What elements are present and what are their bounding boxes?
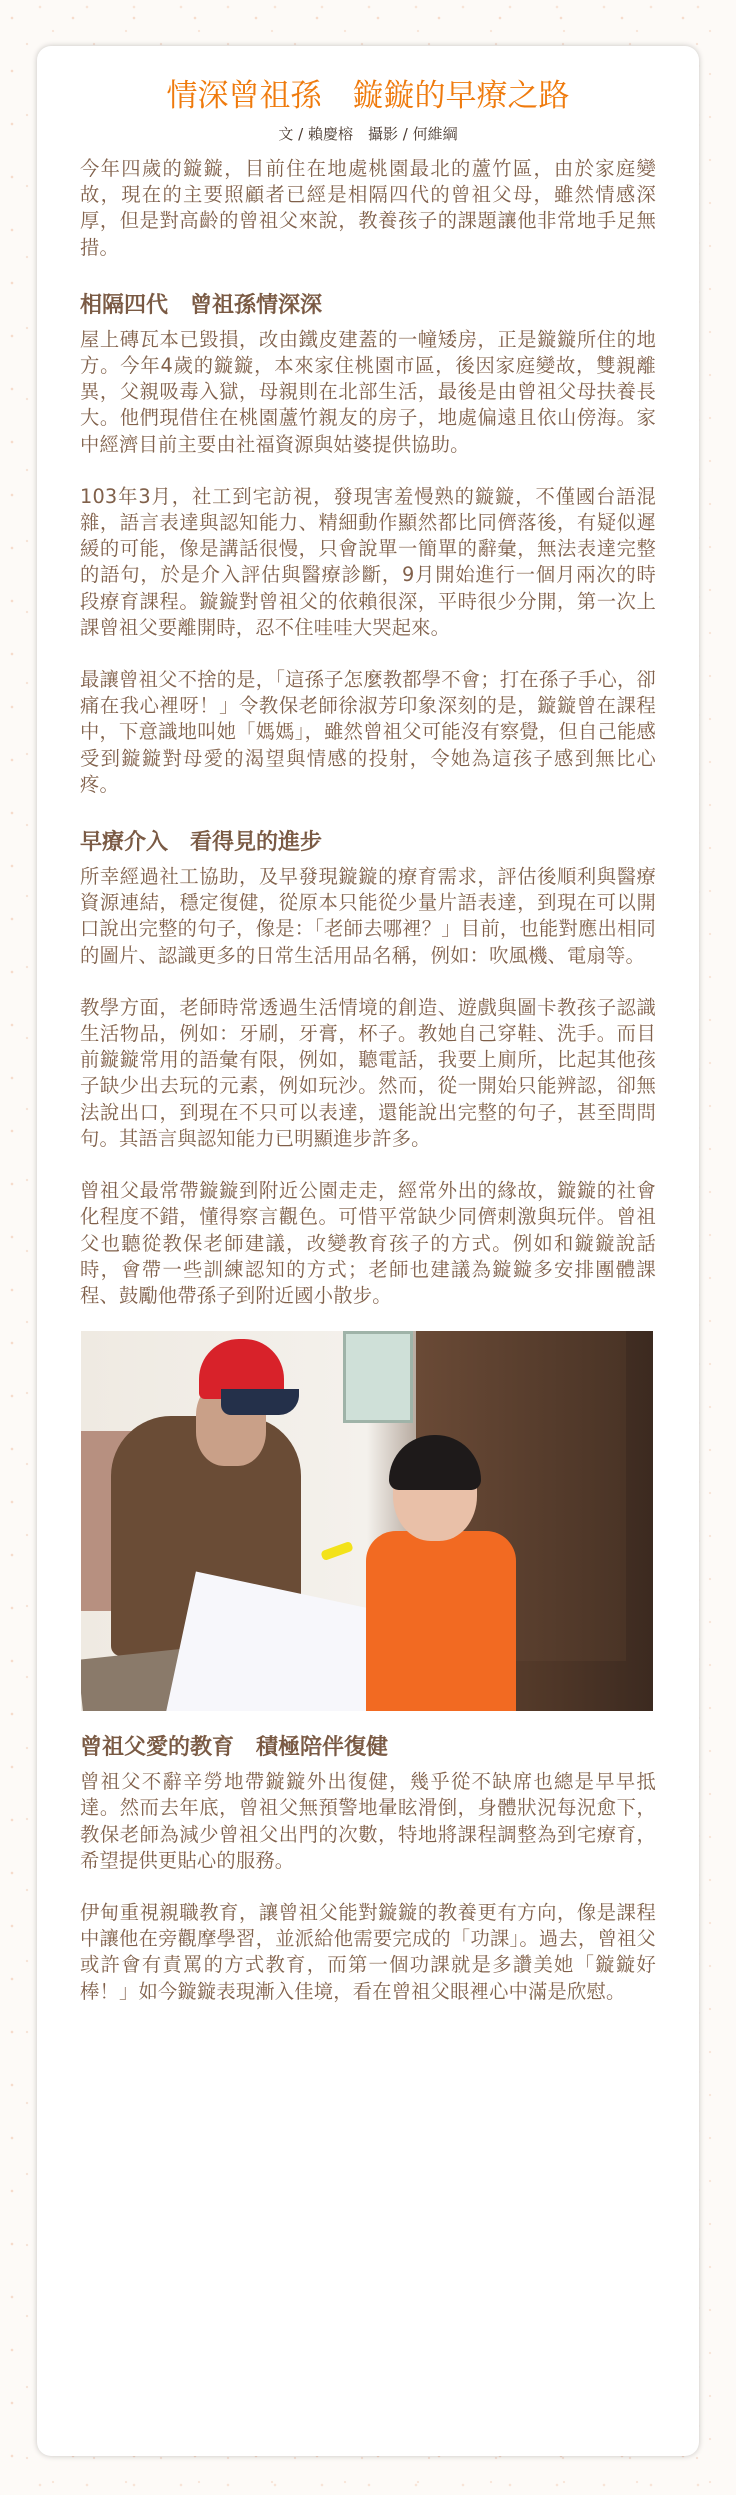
photo-window — [343, 1331, 413, 1423]
paragraph: 屋上磚瓦本已毀損，改由鐵皮建蓋的一幢矮房，正是鏇鏇所住的地方。今年4歲的鏇鏇，本… — [80, 327, 656, 458]
section-heading-1: 相隔四代 曾祖孫情深深 — [80, 287, 656, 327]
byline: 文 / 賴慶榕 攝影 / 何維綱 — [80, 124, 656, 144]
paragraph: 所幸經過社工協助，及早發現鏇鏇的療育需求，評估後順利與醫療資源連結，穩定復健，從… — [80, 864, 656, 969]
spacer — [80, 261, 656, 287]
spacer — [80, 1152, 656, 1178]
section-heading-3: 曾祖父愛的教育 積極陪伴復健 — [80, 1729, 656, 1769]
spacer — [80, 458, 656, 484]
article-card: 情深曾祖孫 鏇鏇的早療之路 文 / 賴慶榕 攝影 / 何維綱 今年四歲的鏇鏇，目… — [37, 46, 699, 2456]
intro-paragraph: 今年四歲的鏇鏇，目前住在地處桃園最北的蘆竹區，由於家庭變故，現在的主要照顧者已經… — [80, 156, 656, 261]
photo-cap-visor — [221, 1389, 299, 1415]
photo-crayon — [320, 1541, 353, 1561]
spacer — [80, 798, 656, 824]
spacer — [80, 641, 656, 667]
paragraph: 教學方面，老師時常透過生活情境的創造、遊戲與圖卡教孩子認識生活物品，例如：牙刷，… — [80, 995, 656, 1152]
section-heading-2: 早療介入 看得見的進步 — [80, 824, 656, 864]
photo-child-vest — [366, 1531, 516, 1711]
spacer — [80, 969, 656, 995]
article-photo — [81, 1331, 653, 1711]
paragraph: 103年3月，社工到宅訪視，發現害羞慢熟的鏇鏇，不僅國台語混雜，語言表達與認知能… — [80, 484, 656, 641]
paragraph: 伊甸重視親職教育，讓曾祖父能對鏇鏇的教養更有方向，像是課程中讓他在旁觀摩學習，並… — [80, 1900, 656, 2005]
paragraph: 曾祖父不辭辛勞地帶鏇鏇外出復健，幾乎從不缺席也總是早早抵達。然而去年底，曾祖父無… — [80, 1769, 656, 1874]
paragraph: 曾祖父最常帶鏇鏇到附近公園走走，經常外出的緣故，鏇鏇的社會化程度不錯，懂得察言觀… — [80, 1178, 656, 1309]
paragraph: 最讓曾祖父不捨的是，「這孫子怎麼教都學不會；打在孫子手心，卻痛在我心裡呀！」令教… — [80, 667, 656, 798]
article-title: 情深曾祖孫 鏇鏇的早療之路 — [80, 76, 656, 116]
spacer — [80, 1874, 656, 1900]
